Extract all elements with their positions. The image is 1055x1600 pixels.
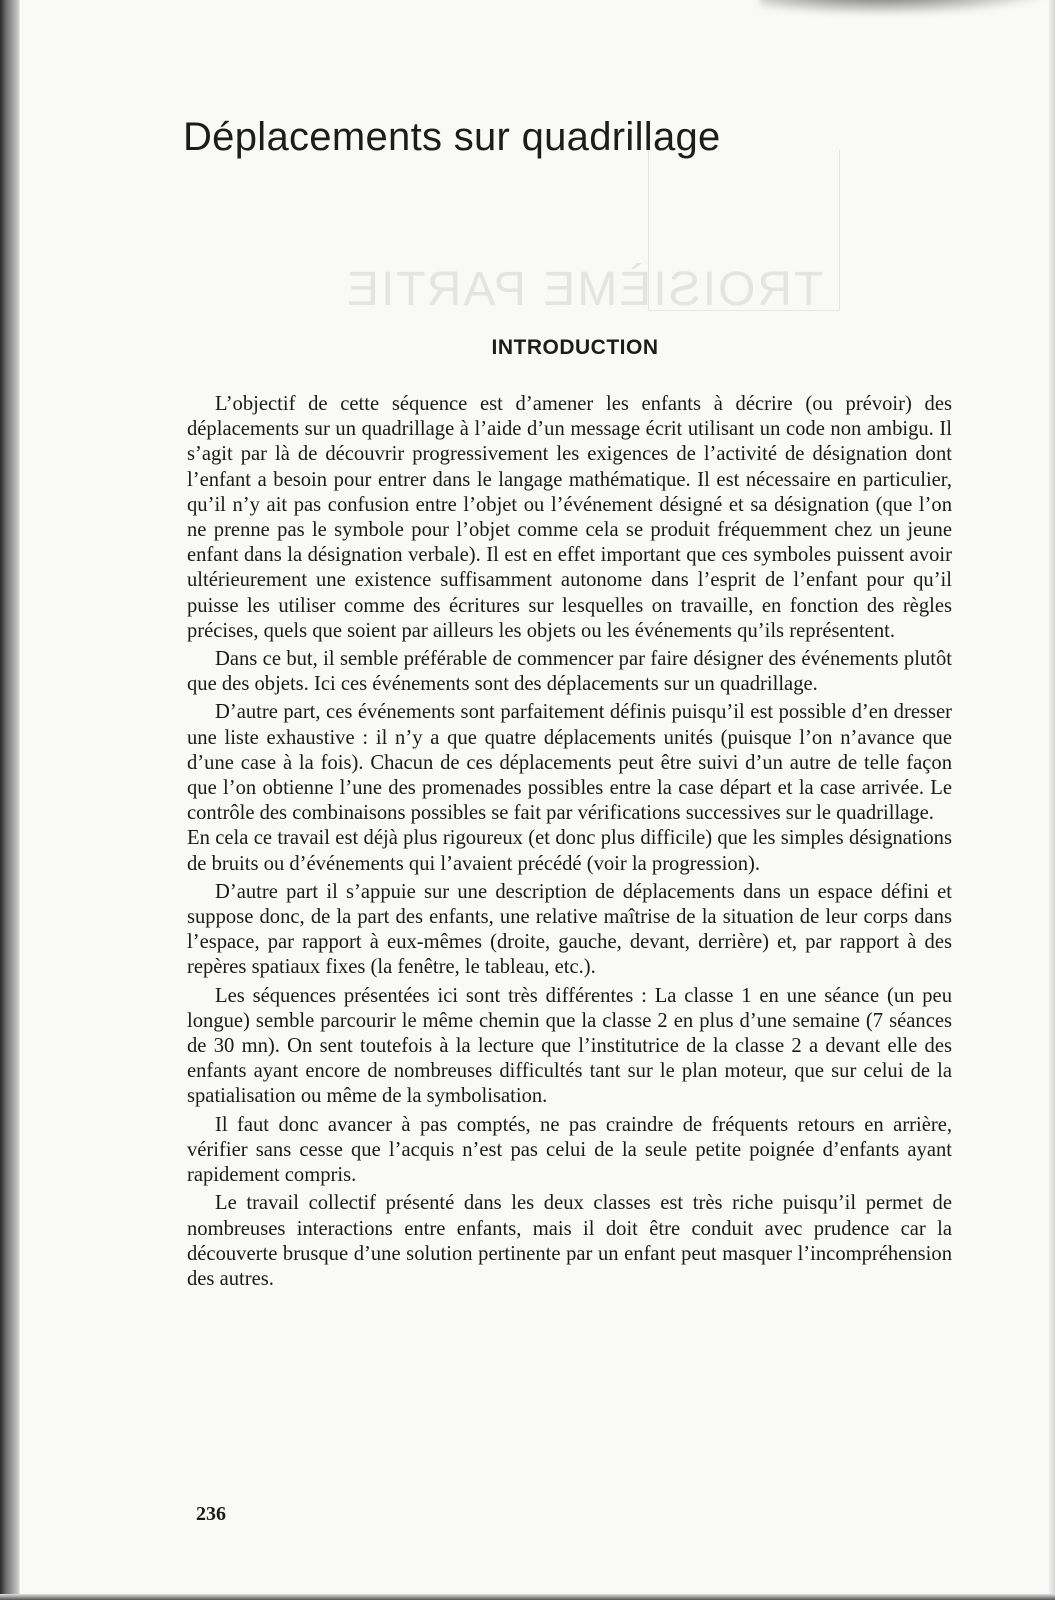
page-title: Déplacements sur quadrillage bbox=[183, 115, 721, 160]
section-heading: INTRODUCTION bbox=[0, 336, 1055, 360]
paragraph: En cela ce travail est déjà plus rigoure… bbox=[187, 826, 952, 876]
paragraph: D’autre part il s’appuie sur une descrip… bbox=[187, 880, 952, 981]
paragraph: Les séquences présentées ici sont très d… bbox=[187, 984, 952, 1110]
paragraph: L’objectif de cette séquence est d’amene… bbox=[187, 392, 952, 644]
page-edge-bottom bbox=[0, 1594, 1055, 1600]
page-edge-right bbox=[1049, 0, 1055, 1600]
paragraph: Il faut donc avancer à pas comptés, ne p… bbox=[187, 1113, 952, 1189]
paragraph: Dans ce but, il semble préférable de com… bbox=[187, 647, 952, 697]
show-through-table-lines bbox=[648, 150, 840, 311]
book-spine-shadow bbox=[0, 0, 20, 1600]
paragraph: D’autre part, ces événements sont parfai… bbox=[187, 700, 952, 826]
body-text: L’objectif de cette séquence est d’amene… bbox=[187, 392, 952, 1292]
scan-thumb-shadow bbox=[760, 0, 1055, 16]
page-number: 236 bbox=[196, 1503, 226, 1526]
paragraph: Le travail collectif présenté dans les d… bbox=[187, 1191, 952, 1292]
